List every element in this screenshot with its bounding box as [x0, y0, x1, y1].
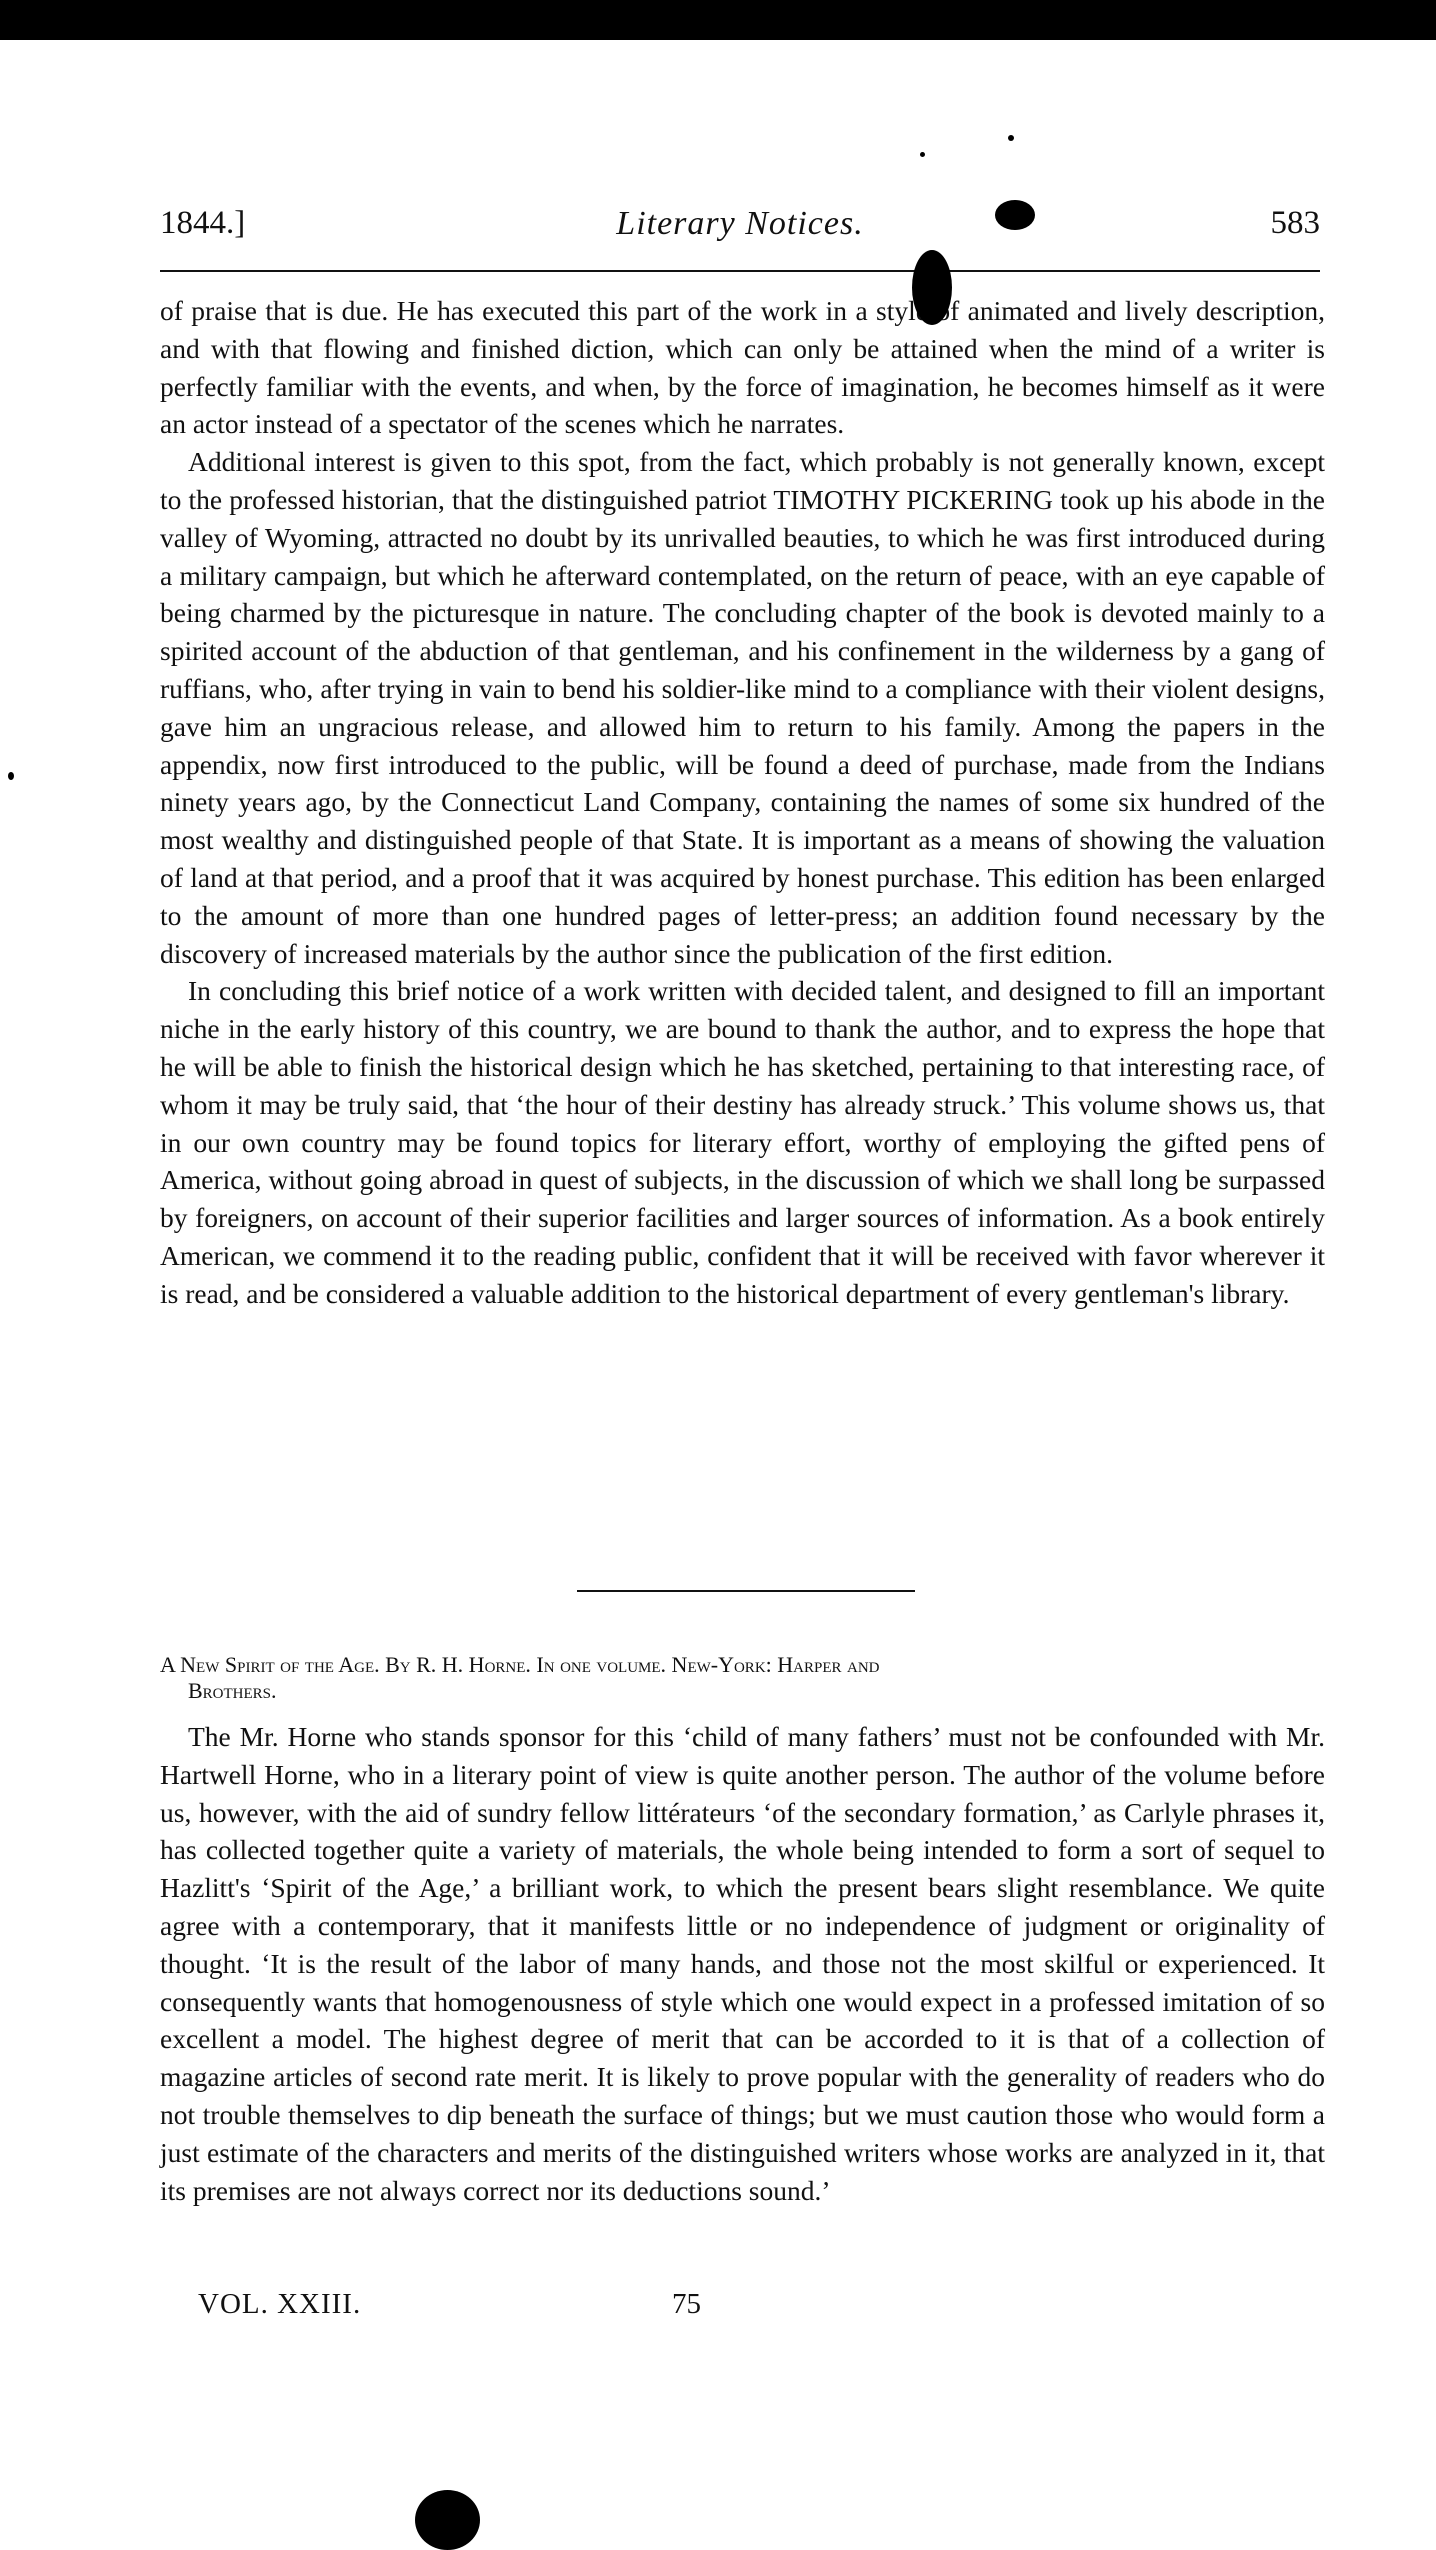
ink-blot	[912, 250, 952, 325]
notice-heading: A New Spirit of the Age. By R. H. Horne.…	[160, 1652, 1325, 1704]
new-notice-body: The Mr. Horne who stands sponsor for thi…	[160, 1718, 1325, 2209]
signature-mark: 75	[672, 2288, 701, 2321]
margin-speck	[920, 152, 925, 157]
ink-blot	[995, 200, 1035, 230]
header-rule	[160, 270, 1320, 272]
scan-top-border	[0, 0, 1436, 40]
ink-blot	[415, 2490, 480, 2550]
paragraph: Additional interest is given to this spo…	[160, 443, 1325, 972]
review-continued: of praise that is due. He has executed t…	[160, 292, 1325, 1313]
notice-title-line1: A New Spirit of the Age. By R. H. Horne.…	[160, 1652, 880, 1677]
running-head-title: Literary Notices.	[160, 205, 1320, 243]
paragraph: The Mr. Horne who stands sponsor for thi…	[160, 1718, 1325, 2209]
volume-label: VOL. XXIII.	[198, 2288, 361, 2321]
page-number: 583	[1271, 205, 1321, 242]
running-head: 1844.] Literary Notices. 583	[160, 205, 1320, 255]
margin-speck	[1008, 135, 1014, 141]
notice-title-line2: Brothers.	[160, 1678, 1325, 1704]
section-separator	[577, 1590, 915, 1592]
paragraph: In concluding this brief notice of a wor…	[160, 972, 1325, 1312]
paragraph: of praise that is due. He has executed t…	[160, 292, 1325, 443]
margin-speck	[8, 772, 14, 780]
